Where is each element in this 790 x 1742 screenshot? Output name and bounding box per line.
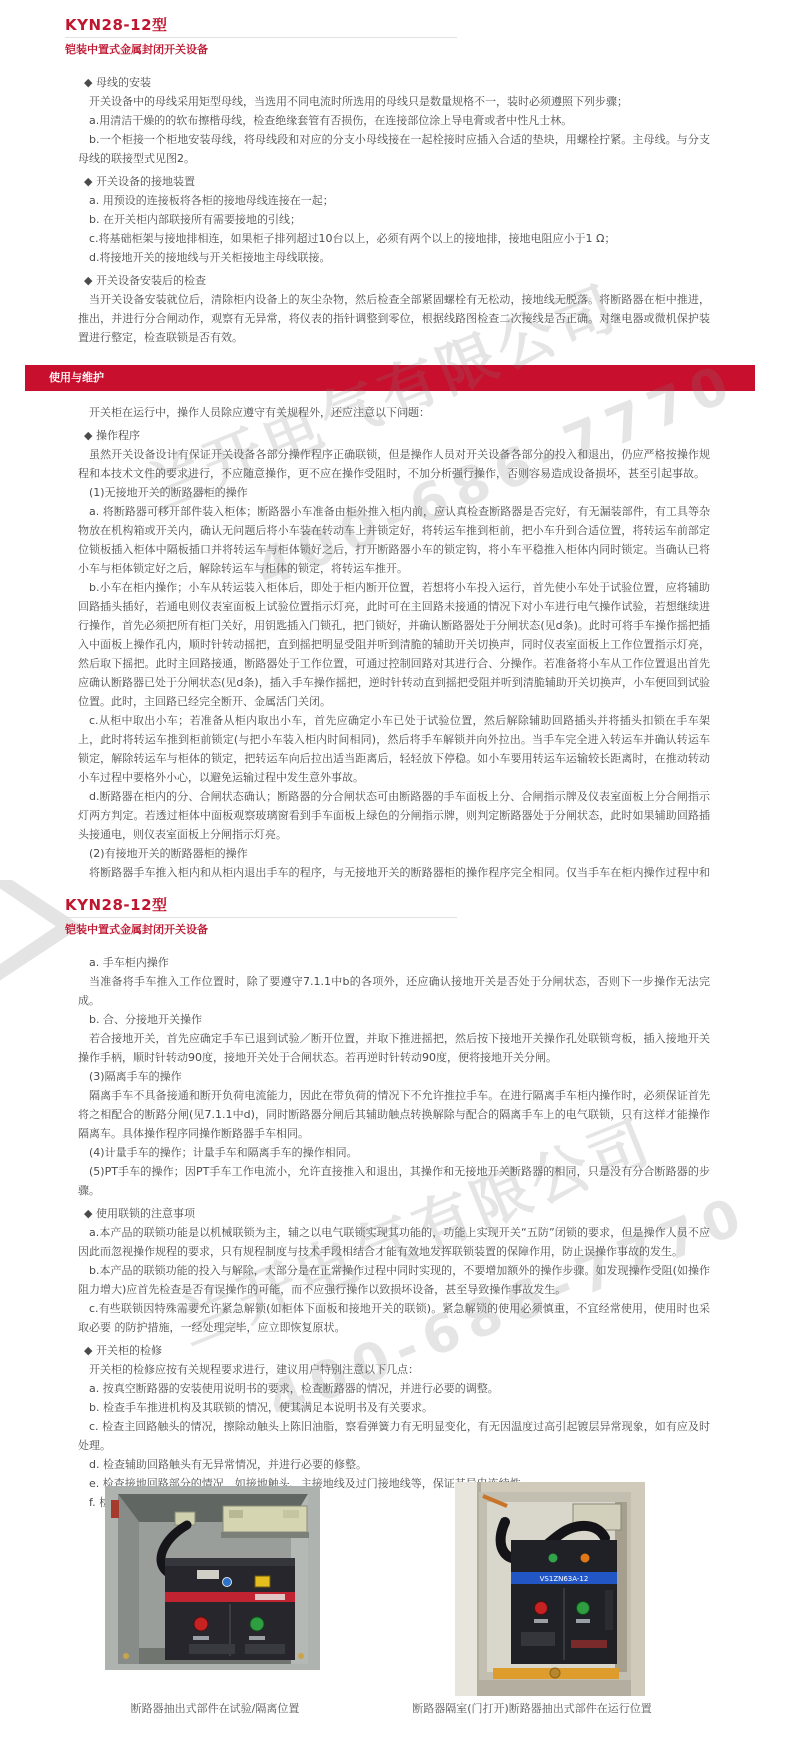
paragraph: a. 用预设的连接板将各柜的接地母线连接在一起； <box>78 191 710 210</box>
paragraph: 虽然开关设备设计有保证开关设备各部分操作程序正确联锁，但是操作人员对开关设备各部… <box>78 445 710 483</box>
section-heading: ◆ 使用联锁的注意事项 <box>78 1204 710 1223</box>
paragraph: c.有些联锁因特殊需要允许紧急解锁(如柜体下面板和接地开关的联锁)。紧急解锁的使… <box>78 1299 710 1337</box>
switchgear-photo-service-position: VS1ZN63A-12 <box>455 1482 645 1700</box>
page2-header: KYN28-12型 铠装中置式金属封闭开关设备 <box>65 894 790 937</box>
section-heading: ◆ 开关柜的检修 <box>78 1341 710 1360</box>
photo-caption-left: 断路器抽出式部件在试验/隔离位置 <box>95 1700 335 1716</box>
doc-title: KYN28-12型 <box>65 16 168 34</box>
paragraph: c. 检查主回路触头的情况，擦除动触头上陈旧油脂，察看弹簧力有无明显变化，有无因… <box>78 1417 710 1455</box>
paragraph: (1)无接地开关的断路器柜的操作 <box>78 483 710 502</box>
paragraph: 当准备将手车推入工作位置时，除了要遵守7.1.1中b的各项外，还应确认接地开关是… <box>78 972 710 1010</box>
page-2: KYN28-12型 铠装中置式金属封闭开关设备 a. 手车柜内操作当准备将手车推… <box>0 880 790 1742</box>
paragraph: a.本产品的联锁功能是以机械联锁为主，辅之以电气联锁实现其功能的，功能上实现开关… <box>78 1223 710 1261</box>
switchgear-photo-test-position <box>105 1486 320 1674</box>
paragraph: a.用清洁干燥的的软布擦楷母线，检查绝缘套管有否损伤，在连接部位涂上导电膏或者中… <box>78 111 710 130</box>
paragraph: b.本产品的联锁功能的投入与解除，大部分是在正常操作过程中同时实现的，不要增加额… <box>78 1261 710 1299</box>
page1-content: ◆ 母线的安装开关设备中的母线采用矩型母线，当选用不同电流时所选用的母线只是数量… <box>78 73 710 880</box>
breaker-model-label: VS1ZN63A-12 <box>540 1575 589 1583</box>
paragraph: c.将基础柜架与接地排相连，如果柜子排列超过10台以上，必须有两个以上的接地排，… <box>78 229 710 248</box>
paragraph: 隔离手车不具备接通和断开负荷电流能力，因此在带负荷的情况下不允许推拉手车。在进行… <box>78 1086 710 1143</box>
switchgear-compartment-image: VS1ZN63A-12 <box>455 1482 645 1696</box>
paragraph: d.将接地开关的接地线与开关柜接地主母线联接。 <box>78 248 710 267</box>
document: KYN28-12型 铠装中置式金属封闭开关设备 ◆ 母线的安装开关设备中的母线采… <box>0 0 790 1742</box>
paragraph: c.从柜中取出小车；若准备从柜内取出小车，首先应确定小车已处于试验位置，然后解除… <box>78 711 710 787</box>
paragraph: d.断路器在柜内的分、合闸状态确认；断路器的分合闸状态可由断路器的手车面板上分、… <box>78 787 710 844</box>
page1-header: KYN28-12型 铠装中置式金属封闭开关设备 <box>65 14 790 57</box>
paragraph: 开关柜在运行中，操作人员除应遵守有关规程外，还应注意以下问题： <box>78 403 710 422</box>
paragraph: b.一个柜接一个柜地安装母线，将母线段和对应的分支小母线接在一起栓接时应插入合适… <box>78 130 710 168</box>
paragraph: b. 在开关柜内部联接所有需要接地的引线； <box>78 210 710 229</box>
doc-title: KYN28-12型 <box>65 896 168 914</box>
doc-subtitle: 铠装中置式金属封闭开关设备 <box>65 41 790 57</box>
section-banner: 使用与维护 <box>25 365 755 391</box>
paragraph: a. 按真空断路器的安装使用说明书的要求，检查断路器的情况，并进行必要的调整。 <box>78 1379 710 1398</box>
paragraph: 开关设备中的母线采用矩型母线，当选用不同电流时所选用的母线只是数量规格不一，装时… <box>78 92 710 111</box>
section-heading: ◆ 母线的安装 <box>78 73 710 92</box>
paragraph: 若合接地开关，首先应确定手车已退到试验／断开位置，并取下推进摇把，然后按下接地开… <box>78 1029 710 1067</box>
switchgear-compartment-image <box>105 1486 320 1670</box>
paragraph: 当开关设备安装就位后，清除柜内设备上的灰尘杂物，然后检查全部紧固螺栓有无松动，接… <box>78 290 710 347</box>
paragraph: (3)隔离手车的操作 <box>78 1067 710 1086</box>
photo-caption-right: 断路器隔室(门打开)断路器抽出式部件在运行位置 <box>352 1700 712 1716</box>
paragraph: (2)有接地开关的断路器柜的操作 <box>78 844 710 863</box>
page2-content: a. 手车柜内操作当准备将手车推入工作位置时，除了要遵守7.1.1中b的各项外，… <box>78 953 710 1512</box>
paragraph: b.小车在柜内操作；小车从转运装入柜体后，即处于柜内断开位置，若想将小车投入运行… <box>78 578 710 711</box>
doc-subtitle: 铠装中置式金属封闭开关设备 <box>65 921 790 937</box>
page-1: KYN28-12型 铠装中置式金属封闭开关设备 ◆ 母线的安装开关设备中的母线采… <box>0 0 790 880</box>
paragraph: (5)PT手车的操作；因PT手车工作电流小，允许直接推入和退出，其操作和无接地开… <box>78 1162 710 1200</box>
title-underline: KYN28-12型 <box>65 894 457 918</box>
paragraph: b. 合、分接地开关操作 <box>78 1010 710 1029</box>
section-heading: ◆ 开关设备的接地装置 <box>78 172 710 191</box>
paragraph: a. 手车柜内操作 <box>78 953 710 972</box>
paragraph: d. 检查辅助回路触头有无异常情况，并进行必要的修整。 <box>78 1455 710 1474</box>
paragraph: 将断路器手车推入柜内和从柜内退出手车的程序，与无接地开关的断路器柜的操作程序完全… <box>78 863 710 880</box>
section-heading: ◆ 开关设备安装后的检查 <box>78 271 710 290</box>
section-heading: ◆ 操作程序 <box>78 426 710 445</box>
paragraph: 开关柜的检修应按有关规程要求进行，建议用户特别注意以下几点： <box>78 1360 710 1379</box>
paragraph: b. 检查手车推进机构及其联锁的情况，使其满足本说明书及有关要求。 <box>78 1398 710 1417</box>
paragraph: (4)计量手车的操作；计量手车和隔离手车的操作相同。 <box>78 1143 710 1162</box>
paragraph: a. 将断路器可移开部件装入柜体；断路器小车准备由柜外推入柜内前，应认真检查断路… <box>78 502 710 578</box>
title-underline: KYN28-12型 <box>65 14 457 38</box>
